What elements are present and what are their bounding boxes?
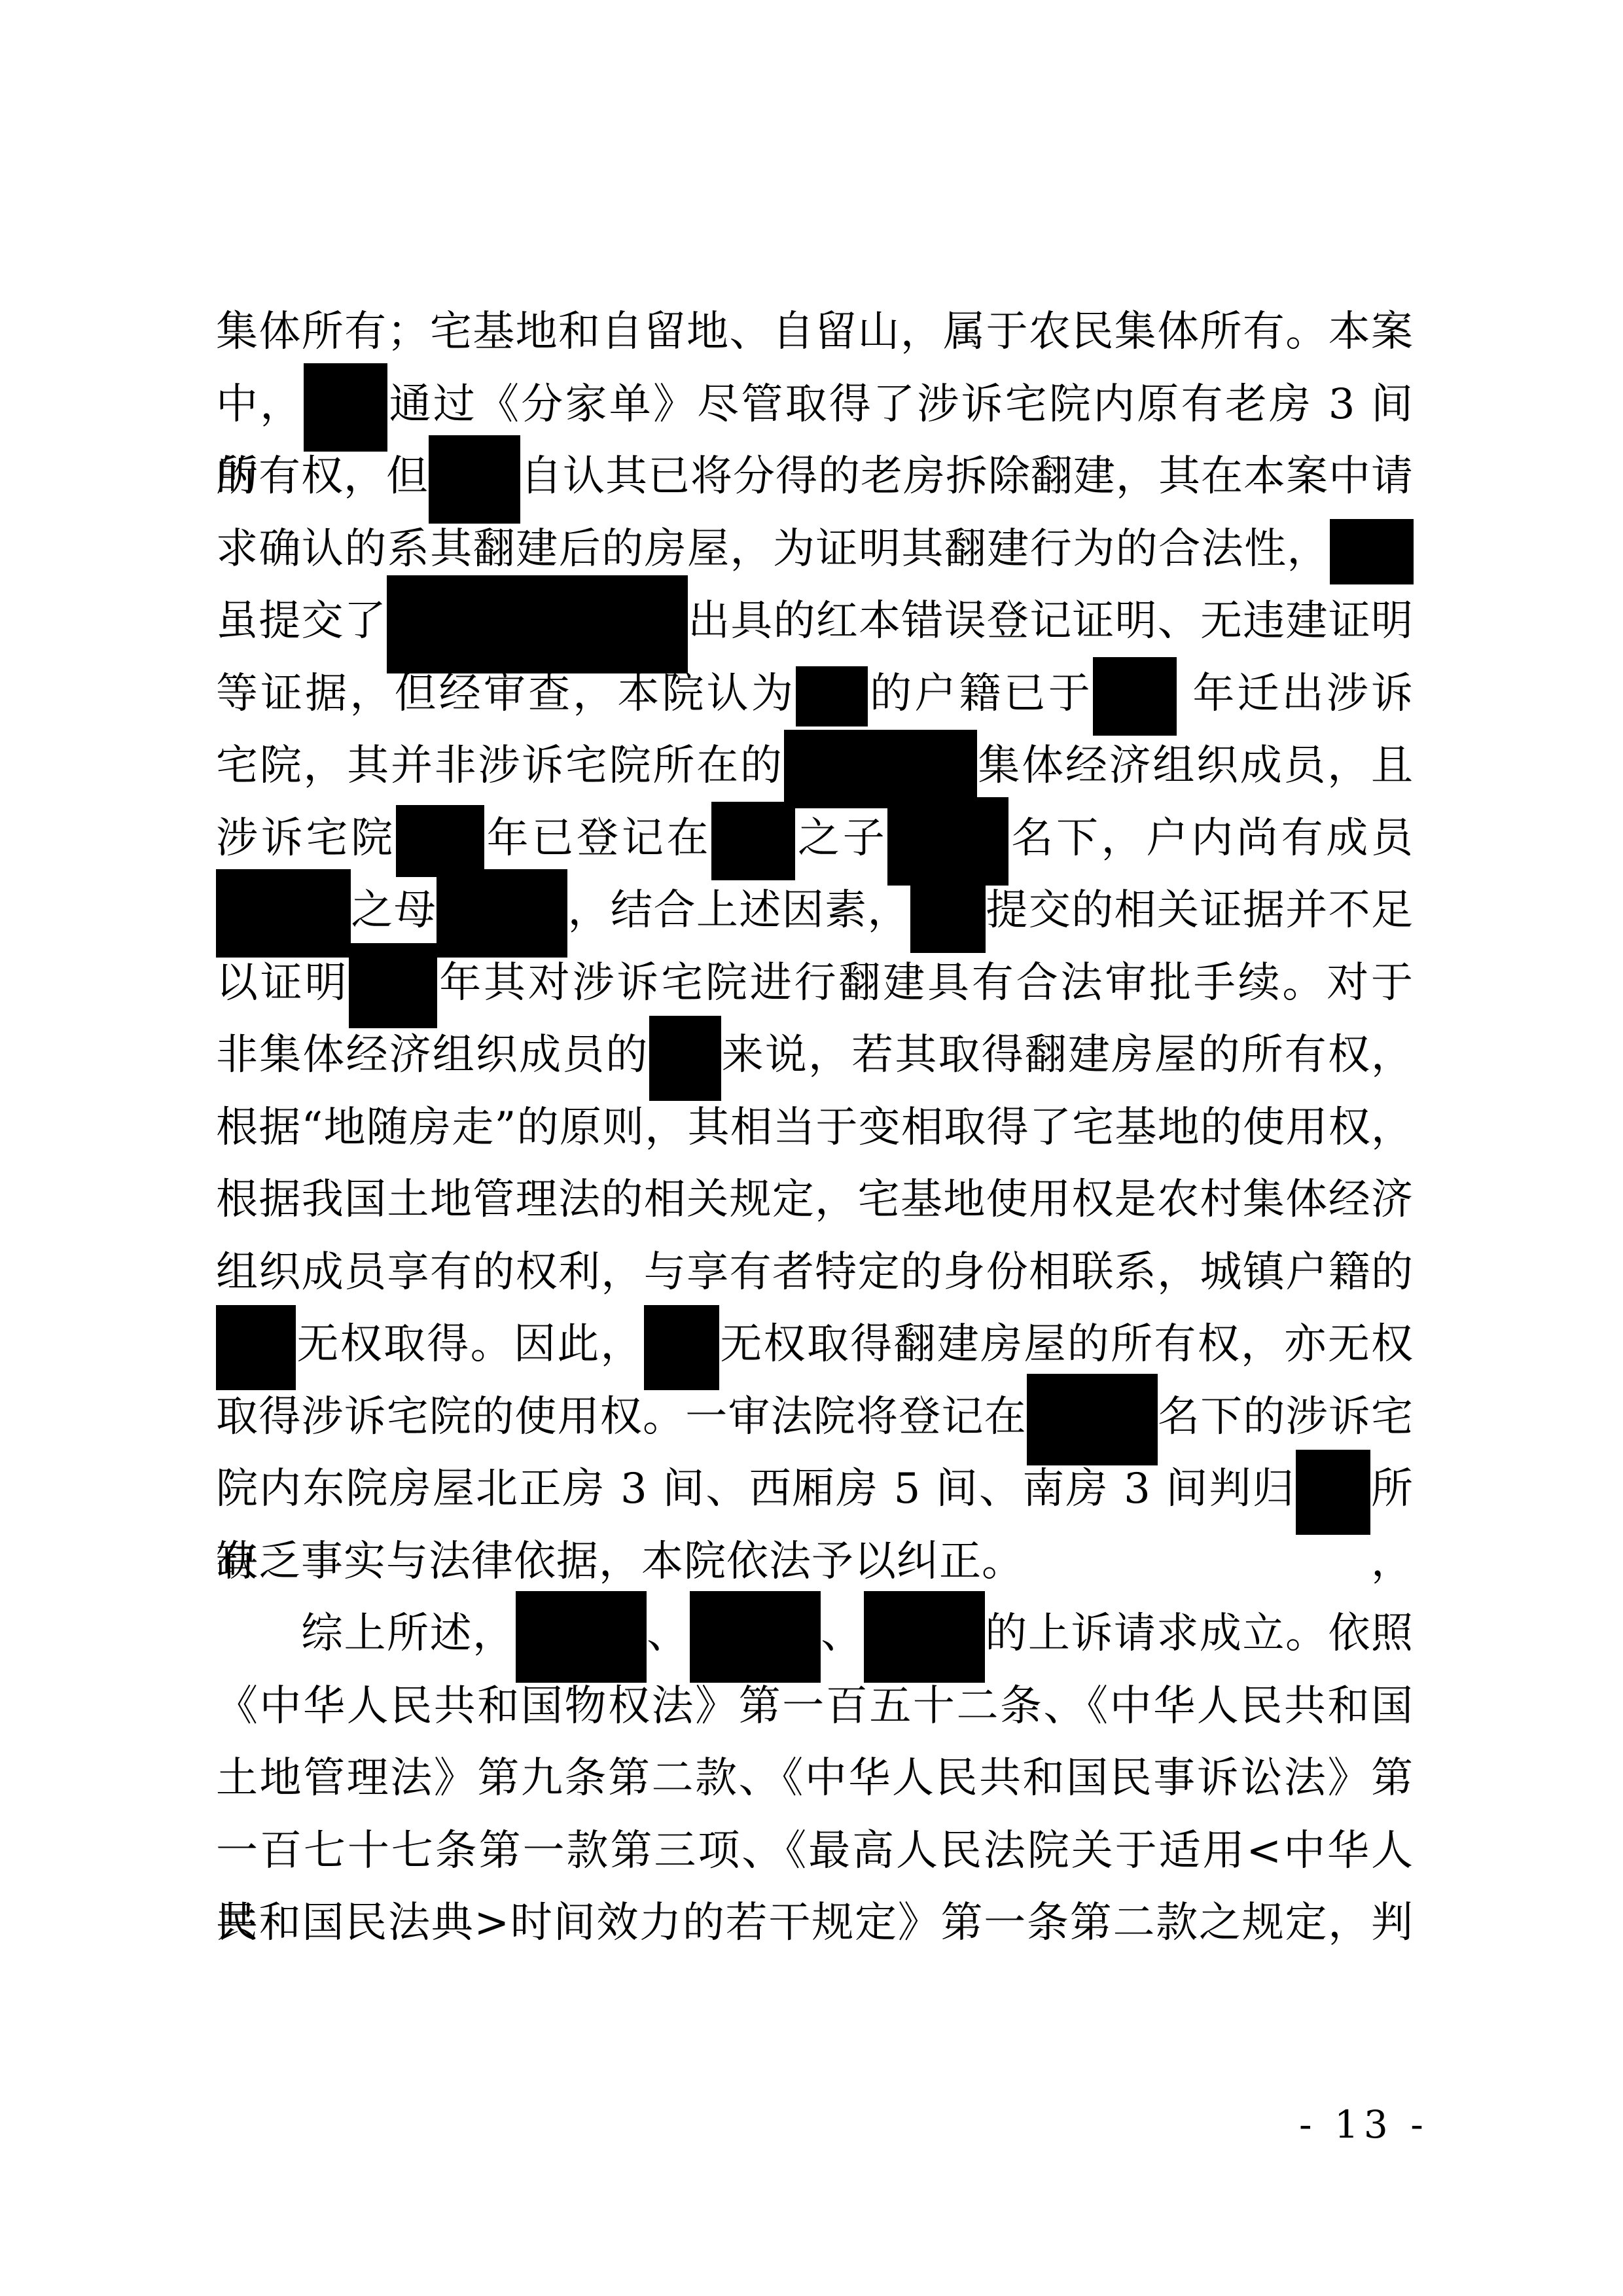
text-line: 无权取得。因此，无权取得翻建房屋的所有权，亦无权 (216, 1308, 1414, 1381)
text-run: 名下，户内尚有成员 (1008, 814, 1414, 863)
text-run: 、 (821, 1609, 864, 1658)
text-run: 自认其已将分得的老房拆除翻建，其在本案中请 (520, 452, 1414, 501)
text-run: 集体所有；宅基地和自留地、自留山，属于农民集体所有。本案 (216, 308, 1414, 356)
redaction-box (429, 435, 520, 524)
text-run: 土地管理法》第九条第二款、《中华人民共和国民事诉讼法》第 (216, 1754, 1414, 1803)
text-line: 虽提交了出具的红本错误登记证明、无违建证明 (216, 585, 1414, 658)
text-line: 等证据，但经审查，本院认为的户籍已于 年迁出涉诉 (216, 658, 1414, 730)
redaction-box (887, 797, 1008, 886)
text-line: 取得涉诉宅院的使用权。一审法院将登记在名下的涉诉宅 (216, 1381, 1414, 1454)
text-line: 涉诉宅院年已登记在之子名下，户内尚有成员 (216, 802, 1414, 875)
text-run: 年已登记在 (484, 814, 711, 863)
text-line: 之母，结合上述因素，提交的相关证据并不足 (216, 874, 1414, 947)
text-run: ，结合上述因素， (567, 886, 910, 935)
redaction-box (437, 869, 567, 958)
text-line: 综上所述，、、的上诉请求成立。依照 (216, 1598, 1414, 1670)
text-run: 来说，若其取得翻建房屋的所有权， (721, 1031, 1414, 1079)
redaction-box (304, 363, 387, 452)
text-line: 集体所有；宅基地和自留地、自留山，属于农民集体所有。本案 (216, 296, 1414, 368)
text-run: 出具的红本错误登记证明、无违建证明 (688, 597, 1414, 645)
text-line: 组织成员享有的权利，与享有者特定的身份相联系，城镇户籍的 (216, 1236, 1414, 1309)
text-line: 非集体经济组织成员的来说，若其取得翻建房屋的所有权， (216, 1019, 1414, 1092)
text-run: 等证据，但经审查，本院认为 (216, 670, 796, 718)
text-run: 的户籍已于 (868, 670, 1093, 718)
text-run: 非集体经济组织成员的 (216, 1031, 649, 1079)
judgment-document-page: 集体所有；宅基地和自留地、自留山，属于农民集体所有。本案中，通过《分家单》尽管取… (0, 0, 1623, 2296)
text-line: 求确认的系其翻建后的房屋，为证明其翻建行为的合法性， (216, 513, 1414, 586)
text-line: 根据“地随房走”的原则，其相当于变相取得了宅基地的使用权， (216, 1092, 1414, 1164)
text-run: 宅院，其并非涉诉宅院所在的 (216, 742, 784, 790)
redaction-box (216, 1305, 296, 1390)
text-run: 根据我国土地管理法的相关规定，宅基地使用权是农村集体经济 (216, 1175, 1414, 1224)
text-run: 之母 (351, 886, 437, 935)
text-run: 《中华人民共和国物权法》第一百五十二条、《中华人民共和国 (216, 1682, 1414, 1731)
redaction-box (784, 730, 977, 808)
text-run: 以证明 (216, 959, 349, 1007)
text-run: 院内东院房屋北正房 3 间、西厢房 5 间、南房 3 间判归 (216, 1465, 1296, 1513)
redaction-box (396, 805, 484, 877)
text-line: 土地管理法》第九条第二款、《中华人民共和国民事诉讼法》第 (216, 1742, 1414, 1815)
judgment-text-block: 集体所有；宅基地和自留地、自留山，属于农民集体所有。本案中，通过《分家单》尽管取… (216, 296, 1414, 1960)
text-run: 无权取得。因此， (296, 1320, 644, 1369)
redaction-box (1027, 1374, 1158, 1465)
text-run: 的上诉请求成立。依照 (985, 1609, 1414, 1658)
text-run: 无权取得翻建房屋的所有权，亦无权 (719, 1320, 1414, 1369)
page-number: - 13 - (1299, 2102, 1429, 2147)
text-run: 年迁出涉诉 (1177, 670, 1414, 718)
text-line: 共和国民法典>时间效力的若干规定》第一条第二款之规定，判 (216, 1887, 1414, 1960)
text-run: 根据“地随房走”的原则，其相当于变相取得了宅基地的使用权， (216, 1103, 1414, 1152)
text-run: 综上所述， (301, 1609, 516, 1658)
redaction-box (649, 1016, 721, 1101)
text-line: 宅院，其并非涉诉宅院所在的集体经济组织成员，且 (216, 730, 1414, 802)
redaction-box (216, 869, 351, 958)
text-run: 、 (647, 1609, 690, 1658)
redaction-box (1330, 519, 1414, 584)
text-run: 共和国民法典>时间效力的若干规定》第一条第二款之规定，判 (216, 1899, 1414, 1947)
text-run: 名下的涉诉宅 (1158, 1393, 1414, 1441)
redaction-box (864, 1591, 985, 1683)
text-run: 提交的相关证据并不足 (986, 886, 1414, 935)
text-line: 一百七十七条第一款第三项、《最高人民法院关于适用<中华人民 (216, 1815, 1414, 1888)
text-line: 中，通过《分家单》尽管取得了涉诉宅院内原有老房 3 间的 (216, 368, 1414, 441)
text-run: 取得涉诉宅院的使用权。一审法院将登记在 (216, 1393, 1027, 1441)
redaction-box (516, 1591, 647, 1683)
redaction-box (1093, 657, 1177, 736)
redaction-box (1296, 1450, 1370, 1535)
text-run: 缺乏事实与法律依据，本院依法予以纠正。 (216, 1537, 1024, 1586)
redaction-box (711, 802, 795, 880)
text-run: 虽提交了 (216, 597, 387, 645)
redaction-box (910, 874, 986, 953)
redaction-box (644, 1305, 719, 1390)
text-line: 《中华人民共和国物权法》第一百五十二条、《中华人民共和国 (216, 1670, 1414, 1743)
text-line: 所有权，但自认其已将分得的老房拆除翻建，其在本案中请 (216, 440, 1414, 513)
redaction-box (796, 666, 868, 726)
text-run: 组织成员享有的权利，与享有者特定的身份相联系，城镇户籍的 (216, 1248, 1414, 1297)
text-run: 涉诉宅院 (216, 814, 396, 863)
text-run: 中， (216, 380, 304, 429)
text-line: 以证明年其对涉诉宅院进行翻建具有合法审批手续。对于 (216, 947, 1414, 1020)
text-line: 根据我国土地管理法的相关规定，宅基地使用权是农村集体经济 (216, 1164, 1414, 1236)
text-run: 年其对涉诉宅院进行翻建具有合法审批手续。对于 (437, 959, 1414, 1007)
text-run: 集体经济组织成员，且 (977, 742, 1414, 790)
redaction-box (690, 1591, 821, 1683)
text-run: 所有权，但 (216, 452, 429, 501)
text-run: 之子 (795, 814, 887, 863)
redaction-box (349, 943, 437, 1028)
text-line: 院内东院房屋北正房 3 间、西厢房 5 间、南房 3 间判归所有， (216, 1453, 1414, 1526)
text-run: 求确认的系其翻建后的房屋，为证明其翻建行为的合法性， (216, 525, 1330, 573)
